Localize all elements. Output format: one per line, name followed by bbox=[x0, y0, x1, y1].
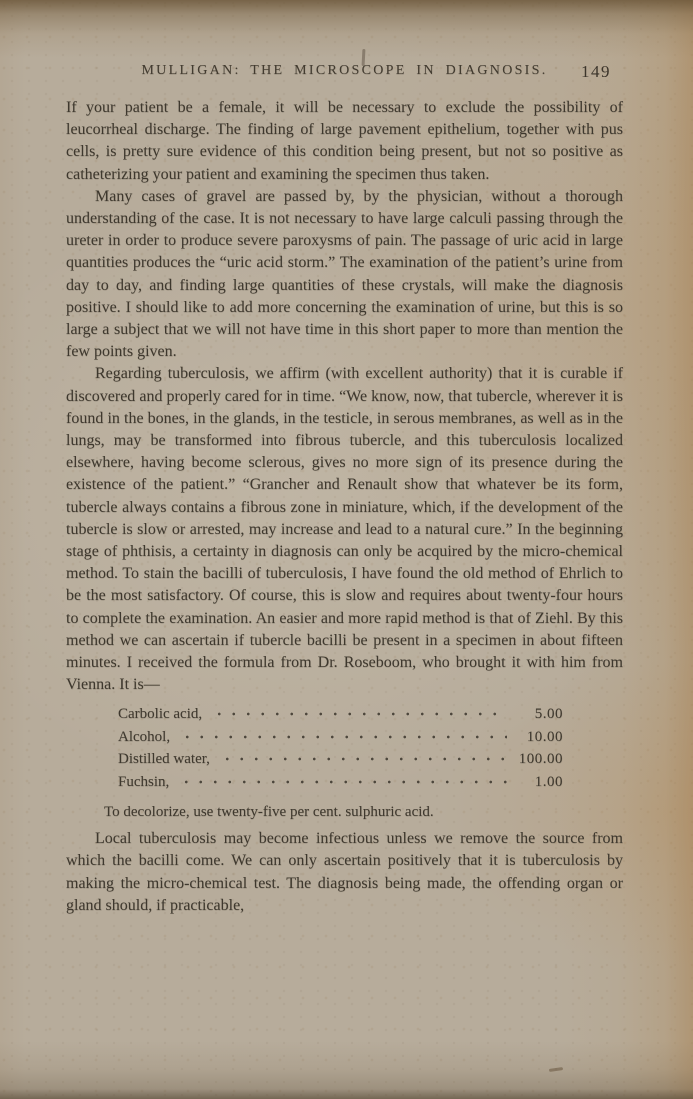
running-title: MULLIGAN: THE MICROSCOPE IN DIAGNOSIS. bbox=[66, 63, 623, 79]
paper-smudge-bottom bbox=[549, 1067, 563, 1072]
scanned-book-page: MULLIGAN: THE MICROSCOPE IN DIAGNOSIS. 1… bbox=[0, 0, 693, 1099]
formula-row: Alcohol, 10.00 bbox=[118, 726, 563, 748]
formula-amount: 10.00 bbox=[515, 726, 563, 748]
formula-amount: 5.00 bbox=[515, 703, 563, 725]
formula-amount: 100.00 bbox=[515, 748, 563, 770]
page-header: MULLIGAN: THE MICROSCOPE IN DIAGNOSIS. 1… bbox=[66, 63, 623, 85]
formula-row: Carbolic acid, 5.00 bbox=[118, 703, 563, 725]
dot-leader bbox=[216, 755, 507, 763]
dot-leader bbox=[176, 733, 507, 741]
formula-table: Carbolic acid, 5.00 Alcohol, 10.00 Disti… bbox=[118, 703, 563, 793]
dot-leader bbox=[175, 778, 507, 786]
formula-substance: Fuchsin, bbox=[118, 771, 169, 793]
formula-amount: 1.00 bbox=[515, 771, 563, 793]
page-body: If your patient be a female, it will be … bbox=[66, 97, 623, 917]
page-number: 149 bbox=[581, 62, 611, 82]
formula-row: Fuchsin, 1.00 bbox=[118, 771, 563, 793]
decolorize-note: To decolorize, use twenty-five per cent.… bbox=[66, 801, 623, 823]
paragraph-female-patient: If your patient be a female, it will be … bbox=[66, 97, 623, 186]
paragraph-gravel-cases: Many cases of gravel are passed by, by t… bbox=[66, 186, 623, 364]
formula-substance: Alcohol, bbox=[118, 726, 170, 748]
paragraph-tuberculosis: Regarding tuberculosis, we affirm (with … bbox=[66, 363, 623, 696]
formula-row: Distilled water, 100.00 bbox=[118, 748, 563, 770]
paragraph-local-tuberculosis: Local tuberculosis may become infectious… bbox=[66, 828, 623, 917]
formula-substance: Distilled water, bbox=[118, 748, 210, 770]
formula-substance: Carbolic acid, bbox=[118, 703, 202, 725]
dot-leader bbox=[208, 710, 507, 718]
